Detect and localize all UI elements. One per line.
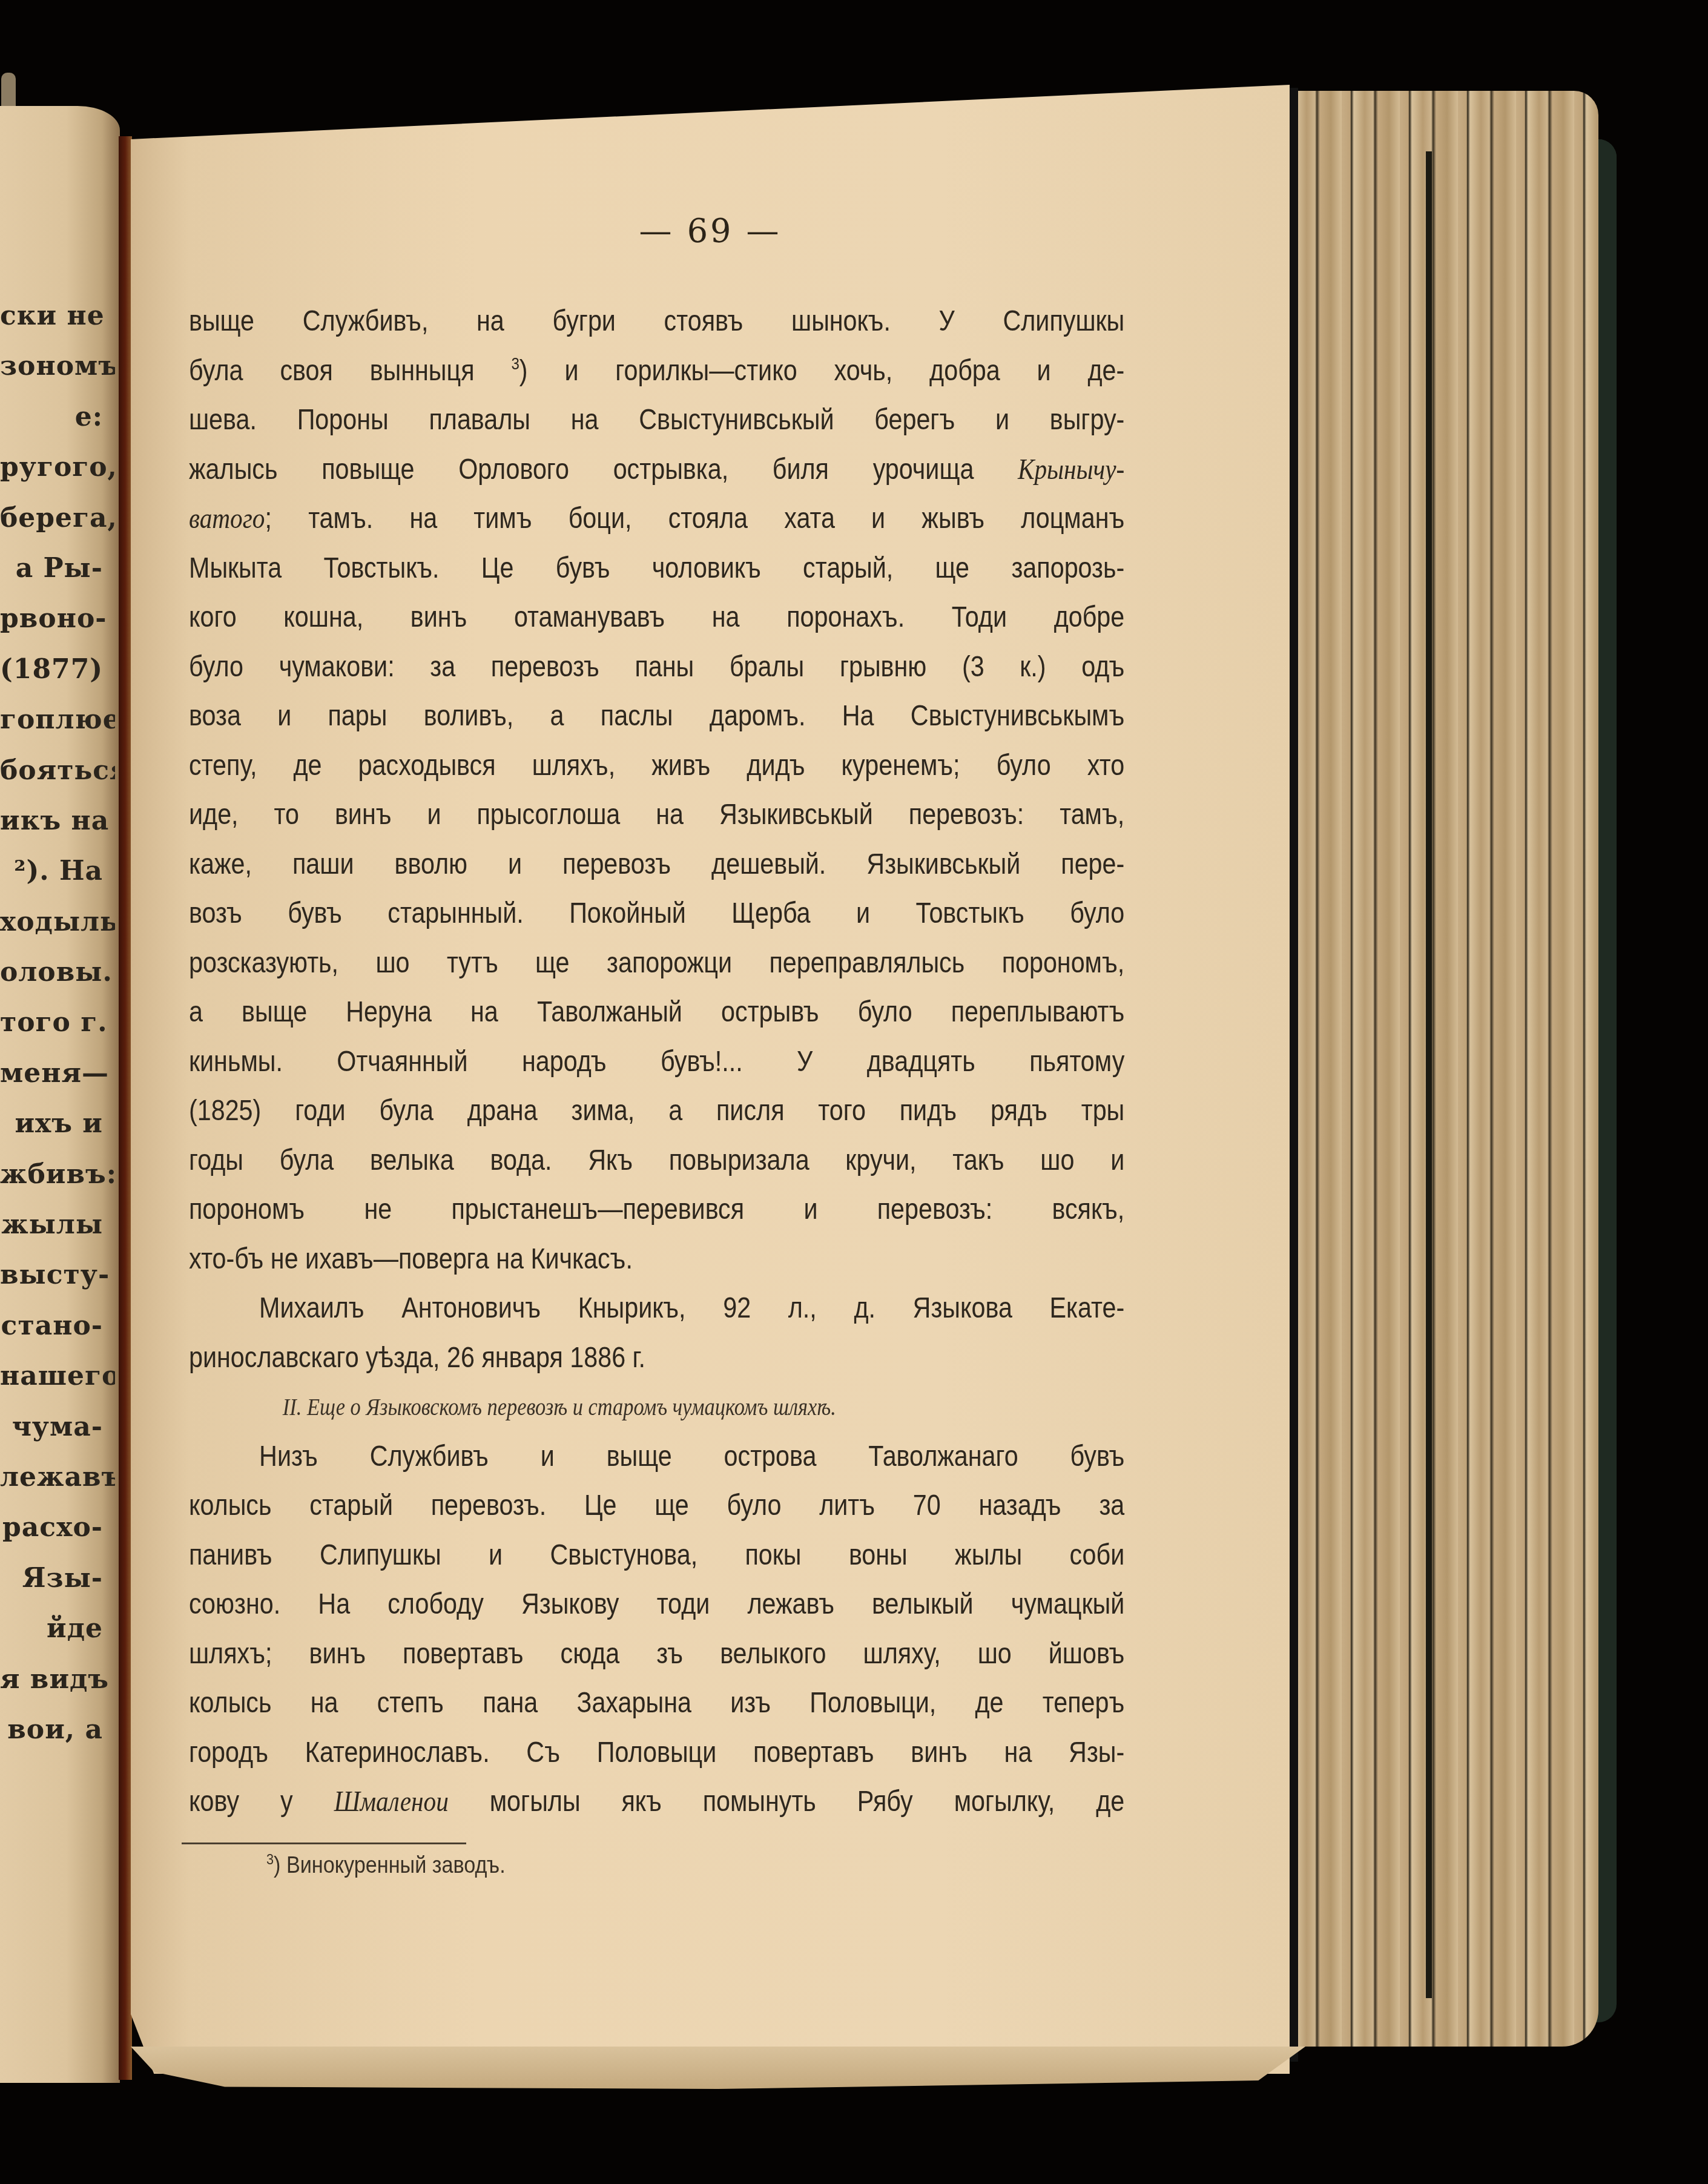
section-heading: II. Еще о Языковскомъ перевозѣ и старомъ…: [189, 1382, 1124, 1432]
left-page-line: высту-: [0, 1250, 115, 1300]
text-line: союзно. На слободу Языкову тоди лежавъ в…: [189, 1580, 1124, 1629]
left-page-line: чума-: [0, 1402, 115, 1452]
text-line: панивъ Слипушкы и Свыстунова, покы воны …: [189, 1531, 1124, 1580]
page-edge-shadow: [1288, 88, 1298, 2062]
left-page-line: берега,: [0, 493, 115, 543]
text-line: шева. Пороны плавалы на Свыстунивськый б…: [189, 395, 1124, 445]
page-block-edges: [1284, 91, 1598, 2047]
left-page: ски незономъ,е:ругого,берега,а Ры-рвоно-…: [0, 106, 120, 2083]
text-line: колысь старый перевозъ. Це ще було литъ …: [189, 1481, 1124, 1531]
text-line: (1825) годи була драна зима, а писля тог…: [189, 1086, 1124, 1136]
text-line: Михаилъ Антоновичъ Кнырикъ, 92 л., д. Яз…: [189, 1284, 1124, 1333]
left-page-line: а Ры-: [0, 543, 115, 593]
left-page-line: оловы.: [0, 947, 115, 997]
left-page-line: я видъ: [0, 1654, 115, 1704]
left-page-line: Язы-: [0, 1553, 115, 1603]
text-line: хто-бъ не ихавъ—поверга на Кичкасъ.: [189, 1235, 1124, 1284]
left-page-line: ски не: [0, 291, 115, 341]
text-line: киньмы. Отчаянный народъ бувъ!... У двад…: [189, 1037, 1124, 1087]
text-line: возъ бувъ старынный. Покойный Щерба и То…: [189, 889, 1124, 939]
text-line: кого кошна, винъ отаманувавъ на поронахъ…: [189, 593, 1124, 642]
left-page-line: зономъ,: [0, 341, 115, 391]
left-page-line: (1877): [0, 644, 115, 694]
text-line: а выще Неруна на Таволжаный острывъ було…: [189, 988, 1124, 1037]
text-line: кову у Шмаленои могылы якъ помынуть Рябу…: [189, 1777, 1124, 1827]
left-page-line: ходылы: [0, 897, 115, 947]
bookmark-ribbon: [1, 73, 16, 109]
left-page-line: гоплюе: [0, 694, 115, 745]
footnote-marker: 3: [266, 1852, 274, 1868]
left-page-line: жбивъ:: [0, 1149, 115, 1199]
left-page-line: бояться: [0, 745, 115, 796]
left-page-line: е:: [0, 392, 115, 442]
left-page-line: жылы: [0, 1199, 115, 1250]
text-line: жалысь повыще Орлового острывка, биля ур…: [189, 445, 1124, 495]
left-page-line: ругого,: [0, 442, 115, 492]
book-gutter: [119, 136, 132, 2080]
text-line: иде, то винъ и прысоглоша на Языкивськый…: [189, 790, 1124, 840]
left-page-line: меня—: [0, 1048, 115, 1098]
left-page-line: вои, а: [0, 1704, 115, 1755]
italic-term: ватого: [189, 503, 265, 535]
text-line: Мыкыта Товстыкъ. Це бувъ чоловикъ старый…: [189, 544, 1124, 593]
text-line: годы була велыка вода. Якъ повыризала кр…: [189, 1136, 1124, 1186]
page-number: — 69 —: [131, 212, 1290, 250]
text-line: шляхъ; винъ повертавъ сюда зъ велыкого ш…: [189, 1629, 1124, 1679]
left-page-text: ски незономъ,е:ругого,берега,а Ры-рвоно-…: [0, 291, 115, 1755]
left-page-line: икъ на: [0, 796, 115, 846]
text-line: була своя вынныця 3) и горилкы—стико хоч…: [189, 346, 1124, 396]
page-body-text: выще Службивъ, на бугри стоявъ шынокъ. У…: [189, 297, 1124, 1827]
text-line: степу, де расходывся шляхъ, живъ дидъ ку…: [189, 741, 1124, 791]
page-edge-shadow-inner: [1426, 151, 1432, 1998]
footnote-text: ) Винокуренный заводъ.: [274, 1853, 506, 1878]
text-line: Низъ Службивъ и выще острова Таволжанаго…: [189, 1432, 1124, 1482]
left-page-line: того г.: [0, 997, 115, 1047]
italic-term: Шмаленои: [334, 1786, 449, 1818]
text-line: ринославскаго уѣзда, 26 января 1886 г.: [189, 1333, 1124, 1383]
left-page-line: расхо-: [0, 1502, 115, 1552]
text-line: порономъ не прыстанешъ—перевився и перев…: [189, 1185, 1124, 1235]
left-page-line: лежавъ: [0, 1452, 115, 1502]
text-line: воза и пары воливъ, а паслы даромъ. На С…: [189, 691, 1124, 741]
left-page-line: ихъ и: [0, 1098, 115, 1149]
text-line: ватого; тамъ. на тимъ боци, стояла хата …: [189, 494, 1124, 544]
left-page-line: стано-: [0, 1301, 115, 1351]
left-page-line: рвоно-: [0, 593, 115, 644]
text-line: городъ Катеринославъ. Съ Половыци поверт…: [189, 1728, 1124, 1778]
text-line: колысь на степъ пана Захарына изъ Половы…: [189, 1678, 1124, 1728]
italic-term: Крынычу-: [1018, 454, 1124, 486]
left-page-line: йде: [0, 1603, 115, 1654]
text-line: выще Службивъ, на бугри стоявъ шынокъ. У…: [189, 297, 1124, 346]
text-line: було чумакови: за перевозъ паны бралы гр…: [189, 642, 1124, 692]
footnote-ref: 3: [511, 354, 519, 373]
footnote: 3) Винокуренный заводъ.: [266, 1853, 506, 1879]
text-line: розсказують, шо тутъ ще запорожци перепр…: [189, 939, 1124, 988]
page-bottom-edge: [131, 2047, 1305, 2089]
footnote-divider: [182, 1843, 466, 1844]
left-page-line: нашего: [0, 1351, 115, 1401]
text-line: каже, паши вволю и перевозъ дешевый. Язы…: [189, 840, 1124, 889]
left-page-line: ²). На: [0, 846, 115, 896]
